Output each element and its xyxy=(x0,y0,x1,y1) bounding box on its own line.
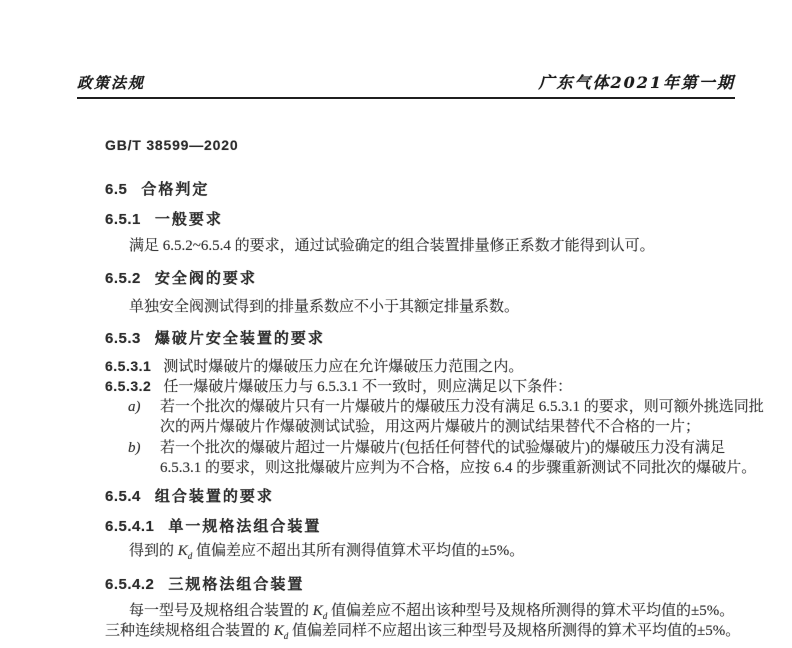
paragraph-6-5-2: 单独安全阀测试得到的排量系数应不小于其额定排量系数。 xyxy=(105,297,739,317)
heading-number: 6.5.4 xyxy=(105,488,141,505)
list-item-b: b) 若一个批次的爆破片超过一片爆破片(包括任何替代的试验爆破片)的爆破压力没有… xyxy=(105,438,792,478)
list-marker: a) xyxy=(128,397,141,417)
heading-number: 6.5 xyxy=(105,181,127,198)
heading-6-5-1: 6.5.1一般要求 xyxy=(105,208,223,229)
paragraph-text: 每一型号及规格组合装置的 xyxy=(129,603,313,619)
clause-text: 任一爆破片爆破压力与 6.5.3.1 不一致时，则应满足以下条件： xyxy=(163,379,572,395)
heading-number: 6.5.4.2 xyxy=(105,576,154,593)
header-column-label: 政策法规 xyxy=(77,72,145,93)
paragraph-6-5-4-2-line2: 三种连续规格组合装置的 Kd 值偏差同样不应超出该三种型号及规格所测得的算术平均… xyxy=(105,621,739,646)
header-rule xyxy=(77,97,735,99)
heading-title: 单一规格法组合装置 xyxy=(168,518,321,535)
heading-6-5-3: 6.5.3爆破片安全装置的要求 xyxy=(105,327,325,348)
paragraph-6-5-1: 满足 6.5.2~6.5.4 的要求，通过试验确定的组合装置排量修正系数才能得到… xyxy=(105,236,739,256)
paragraph-6-5-4-1: 得到的 Kd 值偏差应不超出其所有测得值算术平均值的±5%。 xyxy=(105,541,739,566)
standard-number: GB/T 38599—2020 xyxy=(105,137,238,153)
list-item-line: 6.5.3.1 的要求，则这批爆破片应判为不合格，应按 6.4 的步骤重新测试不… xyxy=(160,458,792,478)
clause-number: 6.5.3.2 xyxy=(105,378,151,394)
heading-title: 一般要求 xyxy=(155,211,223,228)
heading-number: 6.5.1 xyxy=(105,211,141,228)
list-item-a: a) 若一个批次的爆破片只有一片爆破片的爆破压力没有满足 6.5.3.1 的要求… xyxy=(105,397,792,437)
heading-number: 6.5.2 xyxy=(105,270,141,287)
heading-number: 6.5.3 xyxy=(105,330,141,347)
heading-6-5-4: 6.5.4组合装置的要求 xyxy=(105,485,274,506)
paragraph-text: 值偏差应不超出其所有测得值算术平均值的±5%。 xyxy=(192,543,524,559)
heading-title: 安全阀的要求 xyxy=(155,270,257,287)
heading-title: 合格判定 xyxy=(141,181,209,198)
list-item-line: 次的两片爆破片作爆破测试试验，用这两片爆破片的测试结果替代不合格的一片； xyxy=(160,417,792,437)
header-issue-label: 广东气体2021年第一期 xyxy=(538,70,735,93)
clause-number: 6.5.3.1 xyxy=(105,358,151,374)
clause-text: 测试时爆破片的爆破压力应在允许爆破压力范围之内。 xyxy=(163,359,523,375)
paragraph-text: 得到的 xyxy=(129,543,178,559)
heading-6-5: 6.5合格判定 xyxy=(105,178,209,199)
heading-title: 爆破片安全装置的要求 xyxy=(155,330,325,347)
clause-6-5-3-2: 6.5.3.2任一爆破片爆破压力与 6.5.3.1 不一致时，则应满足以下条件： xyxy=(105,376,739,397)
paragraph-text: 值偏差同样不应超出该三种型号及规格所测得的算术平均值的±5%。 xyxy=(288,623,740,639)
k-factor-symbol: K xyxy=(313,603,323,619)
heading-6-5-4-2: 6.5.4.2三规格法组合装置 xyxy=(105,573,304,594)
heading-6-5-2: 6.5.2安全阀的要求 xyxy=(105,267,257,288)
clause-6-5-3-1: 6.5.3.1测试时爆破片的爆破压力应在允许爆破压力范围之内。 xyxy=(105,356,739,377)
heading-6-5-4-1: 6.5.4.1单一规格法组合装置 xyxy=(105,515,321,536)
heading-number: 6.5.4.1 xyxy=(105,518,154,535)
heading-title: 组合装置的要求 xyxy=(155,488,274,505)
k-factor-symbol: K xyxy=(274,623,284,639)
k-factor-symbol: K xyxy=(178,543,188,559)
paragraph-text: 三种连续规格组合装置的 xyxy=(105,623,274,639)
scanned-document-page: 政策法规 广东气体2021年第一期 GB/T 38599—2020 6.5合格判… xyxy=(0,0,792,648)
paragraph-text: 值偏差应不超出该种型号及规格所测得的算术平均值的±5%。 xyxy=(327,603,734,619)
list-marker: b) xyxy=(128,438,141,458)
list-item-line: 若一个批次的爆破片超过一片爆破片(包括任何替代的试验爆破片)的爆破压力没有满足 xyxy=(160,438,792,458)
heading-title: 三规格法组合装置 xyxy=(168,576,304,593)
list-item-line: 若一个批次的爆破片只有一片爆破片的爆破压力没有满足 6.5.3.1 的要求，则可… xyxy=(160,397,792,417)
